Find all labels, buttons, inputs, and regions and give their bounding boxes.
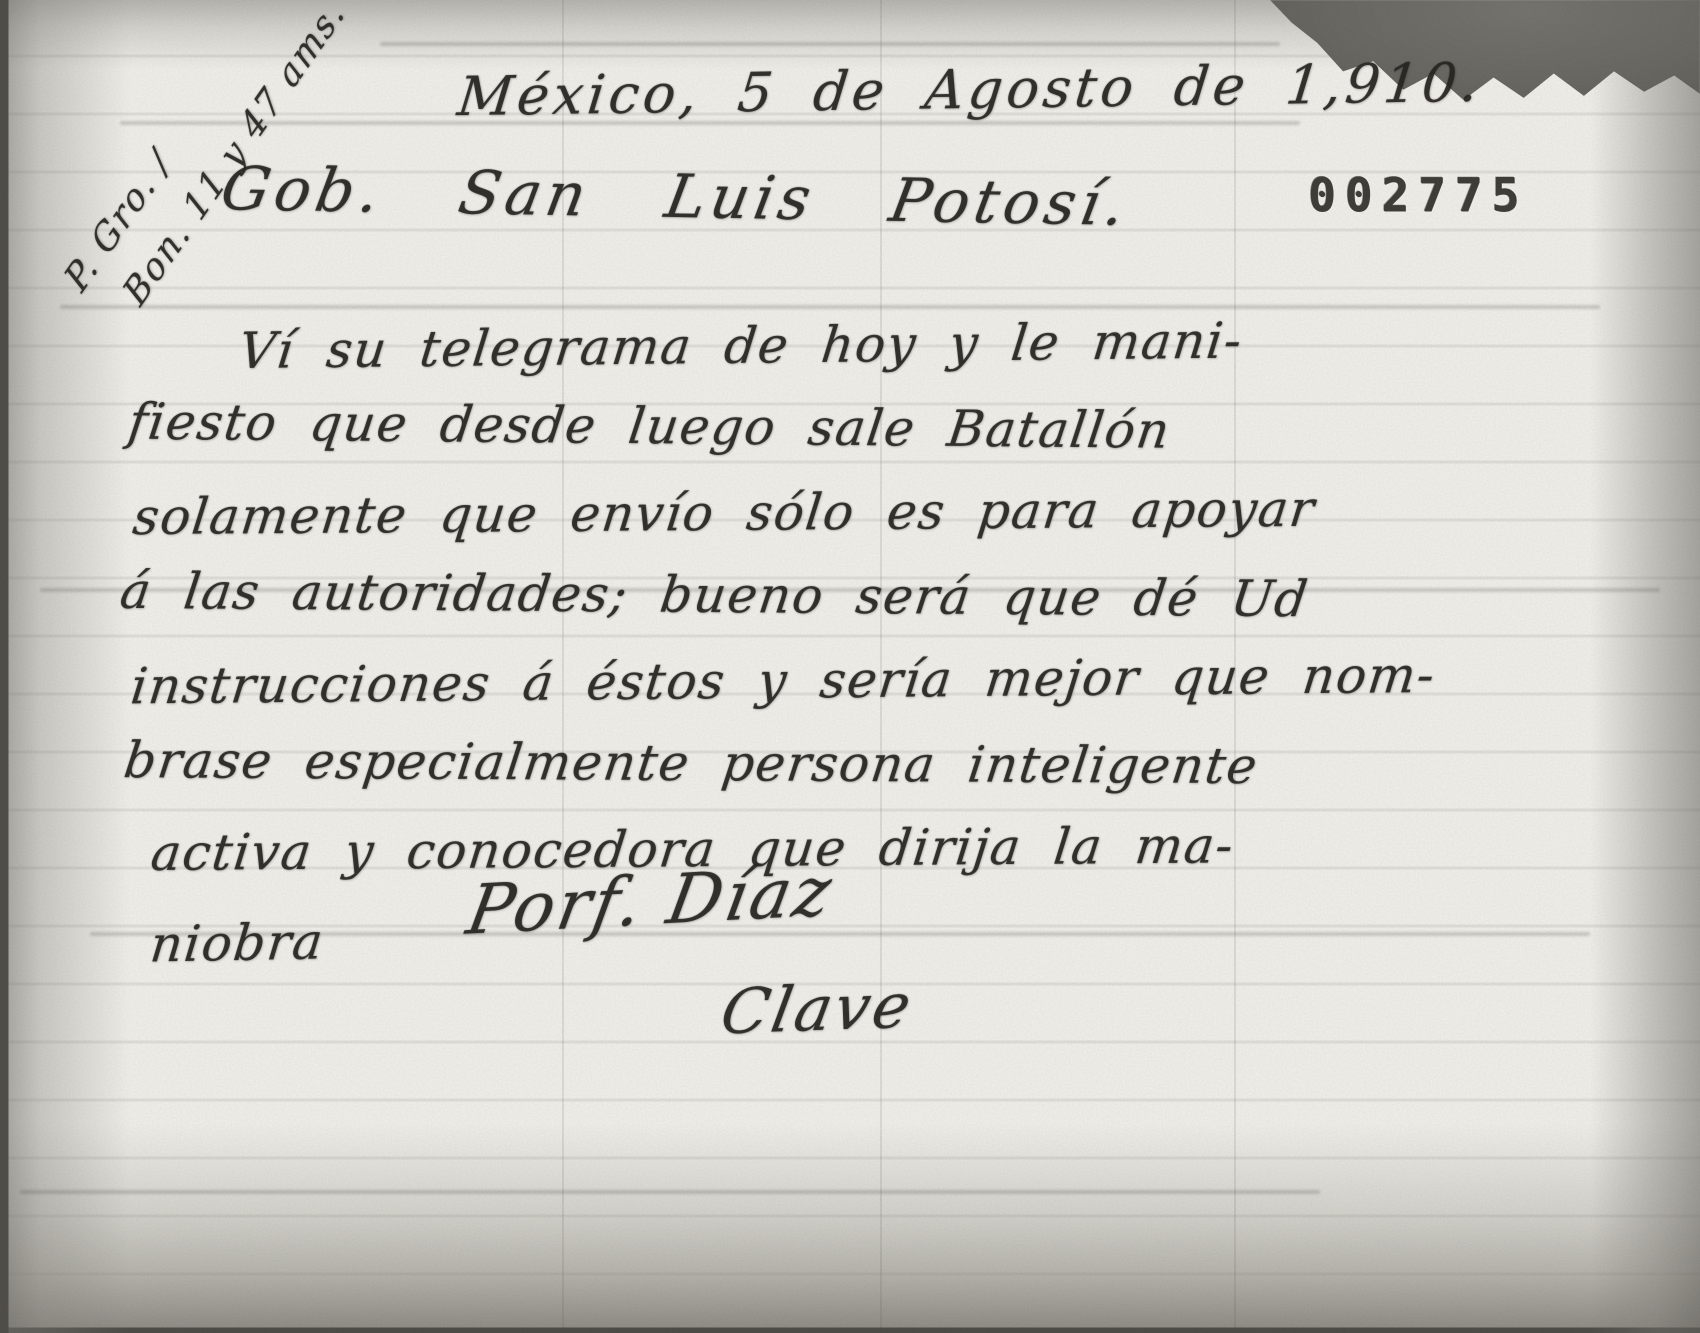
scan-streak — [20, 1190, 1320, 1194]
body-line: solamente que envío sólo es para apoyar — [129, 465, 1594, 559]
dateline: México, 5 de Agosto de 1,910. — [455, 51, 1486, 128]
scanned-document: P. Gro. / Bon. 11 y 47 ams. México, 5 de… — [0, 0, 1700, 1333]
body-line: Ví su telegrama de hoy y le mani- — [234, 295, 1593, 393]
message-body: Ví su telegrama de hoy y le mani- fiesto… — [128, 302, 1588, 974]
archive-stamp-number: 002775 — [1308, 168, 1528, 222]
body-line: instrucciones á éstos y sería mejor que … — [126, 632, 1593, 729]
scan-streak — [380, 42, 1280, 46]
closing-clave: Clave — [716, 968, 920, 1048]
body-line: fiesto que desde luego sale Batallón — [123, 380, 1592, 477]
body-line: brase especialmente persona inteligente — [119, 718, 1593, 810]
salutation-addressee: Gob. San Luis Potosí. — [216, 154, 1135, 240]
body-line: á las autoridades; bueno será que dé Ud — [115, 549, 1593, 643]
